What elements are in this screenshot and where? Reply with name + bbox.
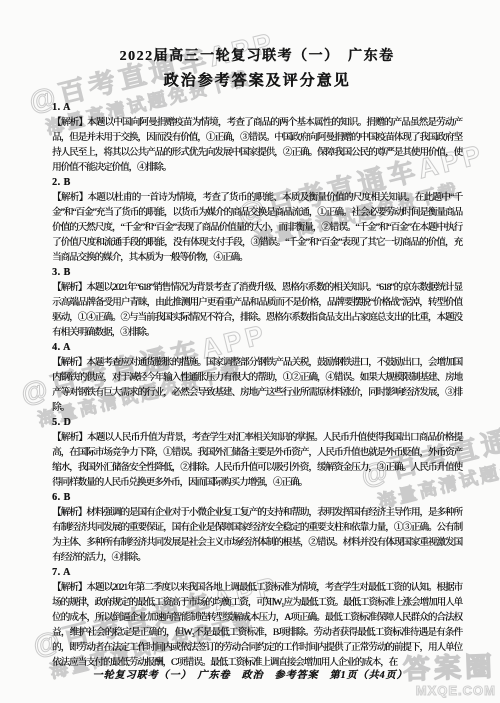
answer-item: 2. B 【解析】本题以杜甫的一首诗为情境，考查了货币的职能、本质及衡量价值的尺… [52, 175, 462, 265]
answer-analysis: 【解析】本题以中国向阿曼捐赠疫苗为情境，考查了商品的两个基本属性的知识。捐赠的产… [52, 115, 462, 175]
answer-item: 1. A 【解析】本题以中国向阿曼捐赠疫苗为情境，考查了商品的两个基本属性的知识… [52, 100, 462, 175]
answer-item: 4. A 【解析】本题考查应对通货膨胀的措施。国家调整部分钢铁产品关税，鼓励钢铁… [52, 340, 462, 415]
answer-sheet-subtitle: 政治参考答案及评分意见 [52, 72, 462, 91]
question-number: 4. A [52, 340, 462, 355]
exam-title: 2022届高三一轮复习联考（一） 广东卷 [52, 48, 462, 66]
question-number: 1. A [52, 100, 462, 115]
question-number: 3. B [52, 265, 462, 280]
page-footer: 一轮复习联考（一） 广东卷 政治 参考答案 第1页（共4页） [0, 666, 500, 681]
question-number: 7. A [52, 565, 462, 580]
answer-analysis: 【解析】本题考查应对通货膨胀的措施。国家调整部分钢铁产品关税，鼓励钢铁进口，不鼓… [52, 355, 462, 415]
answer-analysis: 【解析】本题以2021年第二季度以来我国各地上调最低工资标准为情境，考查学生对最… [52, 580, 462, 670]
answer-analysis: 【解析】本题以2021年“618”销售情况为背景考查了消费升级、恩格尔系数的相关… [52, 280, 462, 340]
answer-item: 5. D 【解析】本题以人民币升值为背景，考查学生对汇率相关知识的掌握。人民币升… [52, 415, 462, 490]
answer-analysis: 【解析】本题以人民币升值为背景，考查学生对汇率相关知识的掌握。人民币升值使得我国… [52, 430, 462, 490]
document-content: 2022届高三一轮复习联考（一） 广东卷 政治参考答案及评分意见 1. A 【解… [52, 48, 462, 670]
scanned-answer-page: @百考直通车APP 海量高清试题免费下载 @百考直通车APP 海量高清试题免费下… [0, 0, 500, 703]
answer-item: 6. B 【解析】材料强调的是国有企业对于小微企业复工复产的支持和帮助，表明发挥… [52, 490, 462, 565]
answer-analysis: 【解析】材料强调的是国有企业对于小微企业复工复产的支持和帮助，表明发挥国有经济主… [52, 505, 462, 565]
answer-site-url: MXQE.COM [403, 683, 496, 699]
question-number: 2. B [52, 175, 462, 190]
answer-item: 7. A 【解析】本题以2021年第二季度以来我国各地上调最低工资标准为情境，考… [52, 565, 462, 670]
question-number: 5. D [52, 415, 462, 430]
answer-item: 3. B 【解析】本题以2021年“618”销售情况为背景考查了消费升级、恩格尔… [52, 265, 462, 340]
answer-analysis: 【解析】本题以杜甫的一首诗为情境，考查了货币的职能、本质及衡量价值的尺度相关知识… [52, 190, 462, 265]
question-number: 6. B [52, 490, 462, 505]
